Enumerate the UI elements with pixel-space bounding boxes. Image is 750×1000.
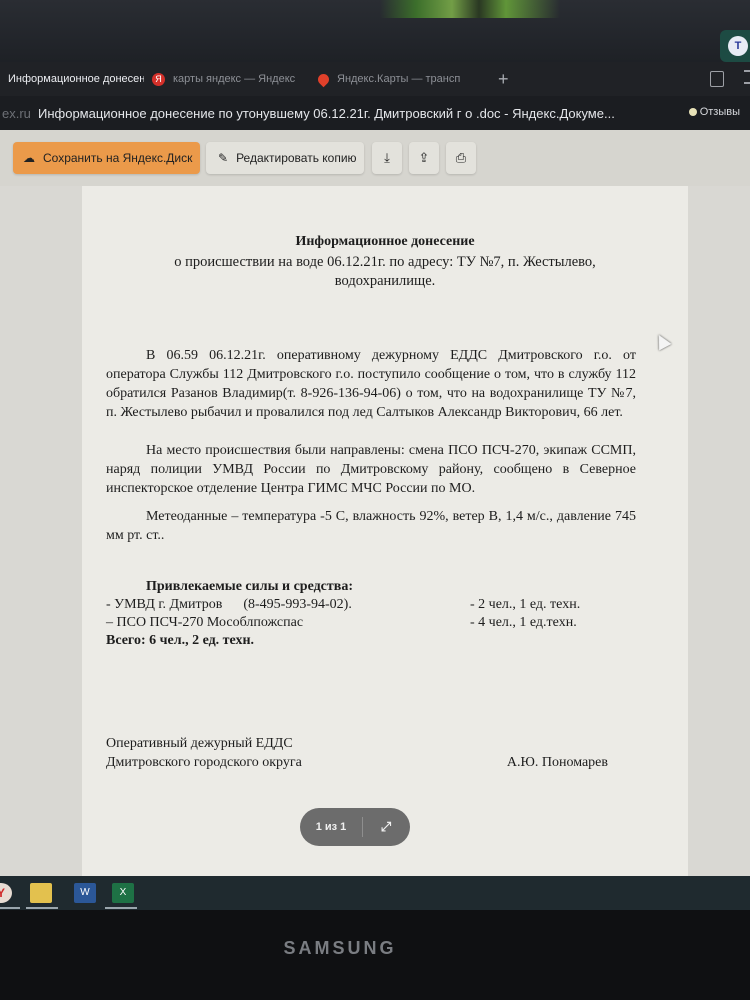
forces-section: Привлекаемые силы и средства: - УМВД г. …	[106, 578, 636, 650]
paragraph-report: В 06.59 06.12.21г. оперативному дежурном…	[106, 346, 636, 422]
forces-row: – ПСО ПСЧ-270 Мособлпожспас - 4 чел., 1 …	[106, 614, 636, 632]
monitor-bezel-bottom: SAMSUNG	[0, 910, 750, 1000]
forces-total: Всего: 6 чел., 2 ед. техн.	[106, 632, 636, 650]
page-title: Информационное донесение по утонувшему 0…	[38, 106, 750, 121]
signature-block: Оперативный дежурный ЕДДС Дмитровского г…	[106, 734, 636, 772]
reviews-button[interactable]: Отзывы	[689, 106, 740, 118]
yandex-icon: Я	[152, 73, 165, 86]
background-plant	[380, 0, 560, 18]
forces-row: - УМВД г. Дмитров (8-495-993-94-02). - 2…	[106, 596, 636, 614]
tab-label: карты яндекс — Яндекс	[173, 73, 295, 85]
file-explorer-taskbar-icon[interactable]	[30, 883, 52, 903]
forces-unit: - УМВД г. Дмитров (8-495-993-94-02).	[106, 596, 352, 614]
download-icon: ⤓	[384, 150, 390, 166]
page-counter: 1 из 1	[300, 821, 362, 833]
tab-yandex-maps-search[interactable]: Я карты яндекс — Яндекс	[144, 62, 310, 96]
forces-resources: - 2 чел., 1 ед. техн.	[470, 596, 580, 614]
edit-label: Редактировать копию	[236, 151, 357, 165]
word-taskbar-icon[interactable]: W	[74, 883, 96, 903]
tab-document[interactable]: Информационное донесение ✕	[0, 62, 144, 96]
reviews-label: Отзывы	[700, 106, 740, 118]
bookmarks-icon[interactable]	[710, 71, 724, 87]
forces-resources: - 4 чел., 1 ед.техн.	[470, 614, 577, 632]
taskbar-active-indicator	[0, 907, 20, 909]
download-button[interactable]: ⤓	[372, 142, 402, 174]
print-button[interactable]: ⎙	[446, 142, 476, 174]
corner-badge: T	[720, 30, 750, 62]
forces-header: Привлекаемые силы и средства:	[106, 578, 636, 596]
document-page: Информационное донесение о происшествии …	[82, 186, 688, 910]
monitor-bezel-top: T	[0, 0, 750, 62]
menu-icon[interactable]	[744, 70, 750, 84]
excel-taskbar-icon[interactable]: X	[112, 883, 134, 903]
monitor-brand-logo: SAMSUNG	[0, 938, 680, 959]
address-domain: ex.ru	[0, 106, 38, 121]
save-label: Сохранить на Яндекс.Диск	[43, 151, 192, 165]
save-to-disk-button[interactable]: ☁ Сохранить на Яндекс.Диск	[13, 142, 200, 174]
tab-label: Яндекс.Карты — трансп	[337, 73, 460, 85]
share-button[interactable]: ⇪	[409, 142, 439, 174]
signature-name: А.Ю. Пономарев	[507, 753, 608, 772]
paragraph-weather: Метеоданные – температура -5 С, влажност…	[106, 507, 636, 545]
share-icon: ⇪	[419, 150, 430, 166]
taskbar-active-indicator	[105, 907, 137, 909]
tab-yandex-maps[interactable]: Яндекс.Карты — трансп	[310, 62, 476, 96]
reviews-icon	[689, 108, 697, 116]
tab-label: Информационное донесение	[8, 73, 144, 85]
subtitle-line: о происшествии на воде 06.12.21г. по адр…	[82, 253, 688, 272]
map-pin-icon	[316, 71, 332, 87]
disk-icon: ☁	[23, 151, 35, 165]
document-title: Информационное донесение	[82, 234, 688, 250]
new-tab-button[interactable]: +	[498, 69, 509, 90]
signature-role: Оперативный дежурный ЕДДС	[106, 734, 636, 753]
print-icon: ⎙	[456, 150, 466, 166]
document-subtitle: о происшествии на воде 06.12.21г. по адр…	[82, 253, 688, 291]
taskbar-active-indicator	[26, 907, 58, 909]
paragraph-dispatch: На место происшествия были направлены: с…	[106, 441, 636, 498]
corner-badge-letter: T	[728, 36, 748, 56]
edit-copy-button[interactable]: ✎ Редактировать копию	[206, 142, 364, 174]
yandex-browser-taskbar-icon[interactable]: Y	[0, 883, 12, 903]
expand-icon[interactable]: ⤢	[363, 819, 409, 835]
document-toolbar: ☁ Сохранить на Яндекс.Диск ✎ Редактирова…	[0, 130, 750, 186]
page-navigator: 1 из 1 ⤢	[300, 808, 410, 846]
forces-unit: – ПСО ПСЧ-270 Мособлпожспас	[106, 614, 303, 632]
subtitle-line: водохранилище.	[82, 272, 688, 291]
browser-tab-bar: Информационное донесение ✕ Я карты яндек…	[0, 62, 750, 96]
address-bar[interactable]: ex.ru Информационное донесение по утонув…	[0, 96, 750, 130]
windows-taskbar: Y W X	[0, 876, 750, 910]
screen: Информационное донесение ✕ Я карты яндек…	[0, 62, 750, 910]
pencil-icon: ✎	[218, 151, 228, 165]
